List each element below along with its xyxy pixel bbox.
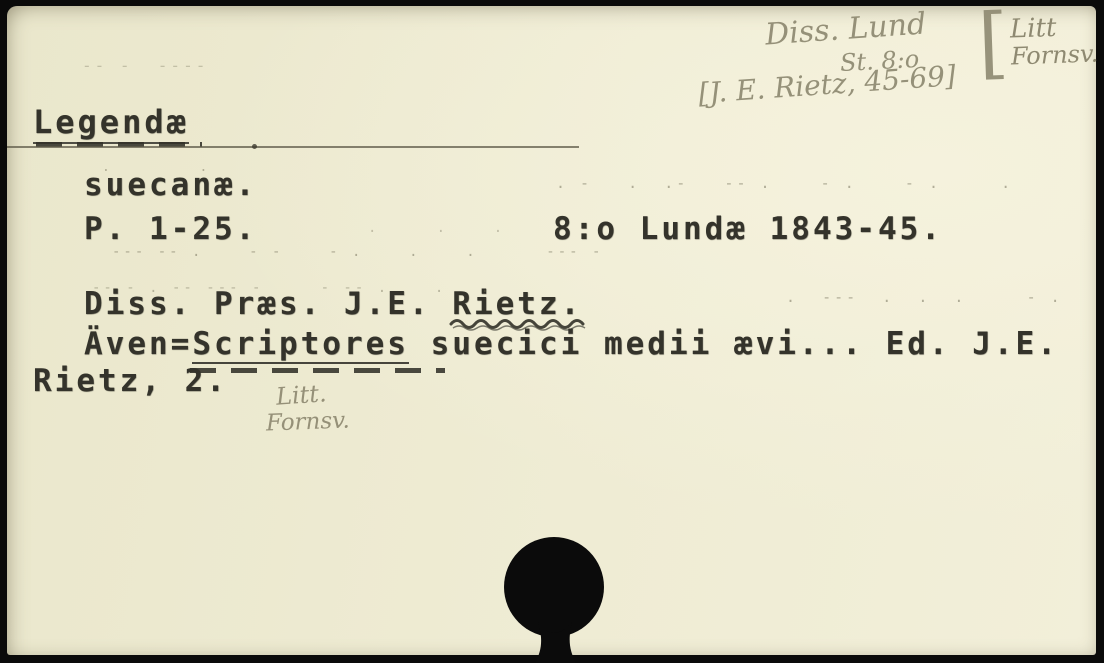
classmark-close-bracket: ] — [1099, 3, 1104, 74]
heading-legendae: Legendæ — [33, 103, 189, 141]
bleedthrough-marks: . --- . . . - . . . — [786, 288, 1104, 306]
bleedthrough-marks: . . . — [368, 220, 505, 236]
imprint-line: 8:o Lundæ 1843-45. — [553, 211, 943, 247]
scanned-catalog-card-page: Legendæ suecanæ. P. 1-25. 8:o Lundæ 1843… — [0, 0, 1104, 663]
pagination-line: P. 1-25. — [84, 211, 257, 247]
horizontal-rule — [7, 146, 579, 148]
pencil-note-litt: Litt. — [275, 379, 327, 410]
scriptores-dashed-underline — [190, 368, 445, 373]
bleedthrough-marks: --- -- . - - - . . . --- - — [112, 244, 603, 260]
keyhole-punch-icon — [498, 534, 614, 663]
bleedthrough-marks: -- - . -- --- - - -- . . . — [92, 280, 492, 296]
classmark-open-bracket: [ — [977, 8, 1010, 79]
series-note-line: Även=Scriptores suecici medii ævi... Ed.… — [84, 326, 1059, 362]
series-note-pre: Även= — [84, 326, 192, 362]
classmark-lines: Litt Fornsv. — [1010, 12, 1099, 69]
bleedthrough-marks: . . — [102, 160, 210, 175]
bleedthrough-marks: -- - ---- — [82, 56, 208, 75]
series-note-post: suecici medii ævi... Ed. J.E. — [409, 326, 1059, 362]
series-note-underlined: Scriptores — [192, 326, 409, 364]
pencil-classmark-box: [ Litt Fornsv. ] — [977, 3, 1104, 78]
heading-text: Legendæ — [33, 103, 189, 144]
series-note-continuation: Rietz, 2. — [33, 363, 228, 399]
bleedthrough-marks: . - . .- -- . - . - . . — [556, 174, 1013, 192]
pencil-note-fornsv: Fornsv. — [266, 408, 351, 437]
classmark-line2: Fornsv. — [1010, 40, 1098, 69]
classmark-line1: Litt — [1010, 14, 1057, 44]
rule-dot-mark — [252, 144, 257, 149]
